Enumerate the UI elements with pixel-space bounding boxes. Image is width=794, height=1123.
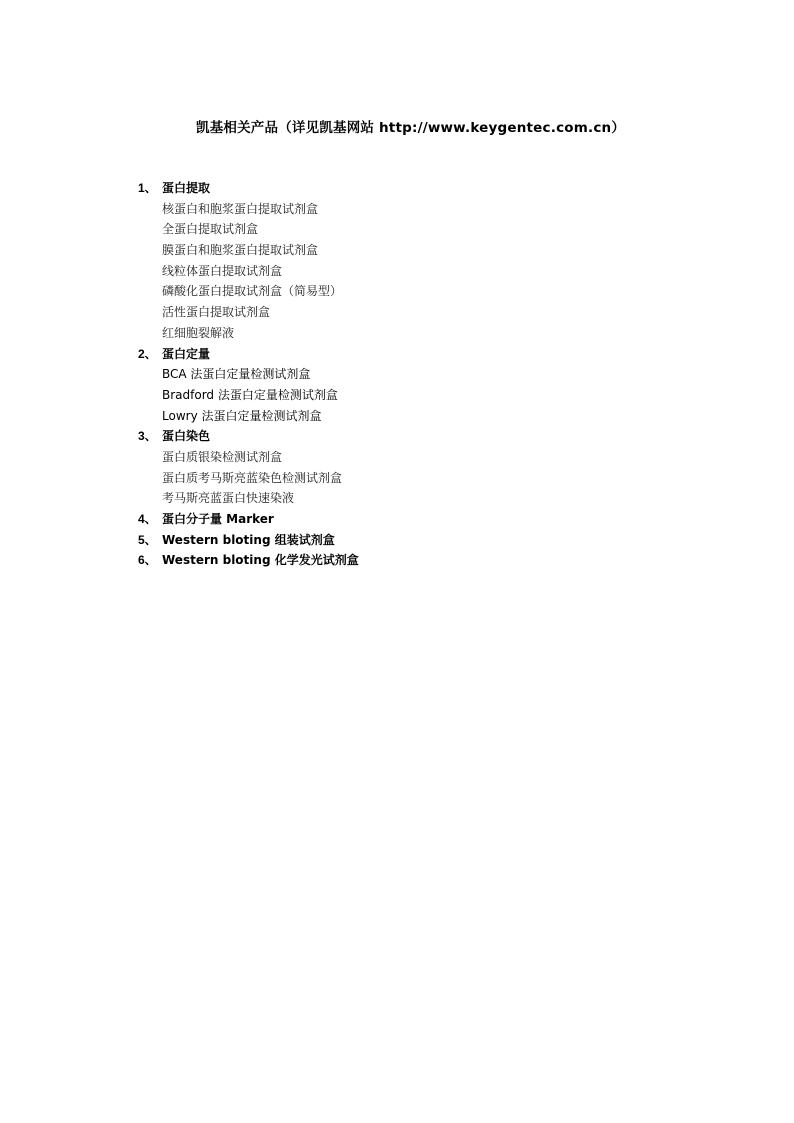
- list-item: 全蛋白提取试剂盒: [138, 219, 638, 240]
- section-title: 蛋白定量: [162, 344, 210, 365]
- section-number: 4、: [138, 509, 157, 530]
- list-item: 线粒体蛋白提取试剂盒: [138, 261, 638, 282]
- section-heading: 3、 蛋白染色: [138, 426, 638, 447]
- list-item: Bradford 法蛋白定量检测试剂盒: [138, 385, 638, 406]
- section-heading: 4、 蛋白分子量 Marker: [138, 509, 638, 530]
- product-list: 1、 蛋白提取 核蛋白和胞浆蛋白提取试剂盒 全蛋白提取试剂盒 膜蛋白和胞浆蛋白提…: [138, 178, 638, 571]
- list-item: 考马斯亮蓝蛋白快速染液: [138, 488, 638, 509]
- section-number: 6、: [138, 550, 157, 571]
- section-title: 蛋白分子量 Marker: [162, 509, 274, 530]
- section-title: 蛋白提取: [162, 178, 210, 199]
- list-item: 蛋白质银染检测试剂盒: [138, 447, 638, 468]
- section-number: 2、: [138, 344, 157, 365]
- list-item: 蛋白质考马斯亮蓝染色检测试剂盒: [138, 468, 638, 489]
- section-number: 3、: [138, 426, 157, 447]
- section-title: Western bloting 组装试剂盒: [162, 530, 335, 551]
- list-item: 活性蛋白提取试剂盒: [138, 302, 638, 323]
- list-item: 红细胞裂解液: [138, 323, 638, 344]
- list-item: Lowry 法蛋白定量检测试剂盒: [138, 406, 638, 427]
- section-number: 5、: [138, 530, 157, 551]
- section-heading: 6、 Western bloting 化学发光试剂盒: [138, 550, 638, 571]
- section-heading: 5、 Western bloting 组装试剂盒: [138, 530, 638, 551]
- section-heading: 2、 蛋白定量: [138, 344, 638, 365]
- list-item: 磷酸化蛋白提取试剂盒（简易型）: [138, 281, 638, 302]
- section-title: Western bloting 化学发光试剂盒: [162, 550, 359, 571]
- list-item: 膜蛋白和胞浆蛋白提取试剂盒: [138, 240, 638, 261]
- section-title: 蛋白染色: [162, 426, 210, 447]
- list-item: BCA 法蛋白定量检测试剂盒: [138, 364, 638, 385]
- section-number: 1、: [138, 178, 157, 199]
- list-item: 核蛋白和胞浆蛋白提取试剂盒: [138, 199, 638, 220]
- section-heading: 1、 蛋白提取: [138, 178, 638, 199]
- page-title: 凯基相关产品（详见凯基网站 http://www.keygentec.com.c…: [196, 116, 625, 136]
